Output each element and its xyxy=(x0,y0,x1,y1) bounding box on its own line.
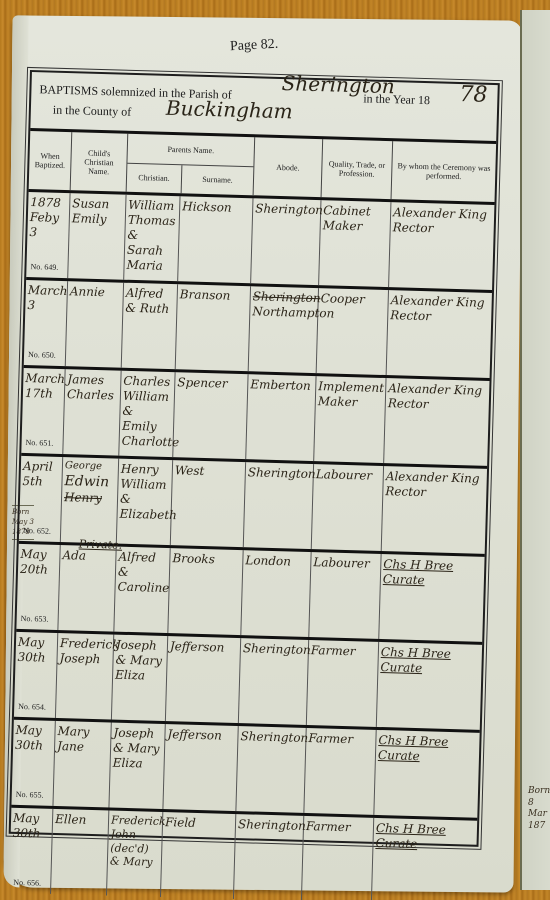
baptism-register-table: BAPTISMS solemnized in the Parish of She… xyxy=(9,70,500,847)
register-entry: Private. May 20thNo. 653. Ada Alfred & C… xyxy=(16,544,484,645)
entry-date: May 20thNo. 653. xyxy=(16,544,60,630)
entry-parents-christian: Frederick John (dec'd) & Mary xyxy=(107,811,163,897)
header-abode: Abode. xyxy=(254,137,324,197)
header-parents-surname: Surname. xyxy=(182,165,254,195)
entry-officiant: Alexander King Rector xyxy=(389,202,494,290)
entry-parents-christian: William Thomas & Sarah Maria xyxy=(124,195,180,281)
entry-profession: Farmer xyxy=(307,640,379,727)
entry-child-name: James Charles xyxy=(63,369,121,456)
entry-abode: Emberton xyxy=(246,374,316,461)
entry-parents-christian: Alfred & Ruth xyxy=(122,283,178,369)
register-entry: May 30thNo. 654. Frederick Joseph Joseph… xyxy=(14,632,482,733)
entry-abode-corrected: Northampton xyxy=(252,304,315,321)
entry-surname: Branson xyxy=(176,284,251,371)
entry-date: May 30thNo. 655. xyxy=(11,720,55,806)
entry-abode: Sherington xyxy=(236,726,306,813)
right-margin-note: Born 8 Mar 187 xyxy=(528,786,550,833)
entry-officiant: Alexander King Rector xyxy=(384,378,489,466)
entry-date: April 5thNo. 652. xyxy=(19,456,63,542)
entry-abode: Sherington xyxy=(244,462,314,549)
year-label: in the Year 18 xyxy=(363,91,430,108)
adjacent-page-edge xyxy=(520,10,550,890)
entry-number: No. 655. xyxy=(16,790,44,801)
entry-profession: Farmer xyxy=(302,816,374,900)
entry-date: March 3No. 650. xyxy=(24,280,68,366)
entry-officiant: Chs H Bree Curate xyxy=(377,642,482,730)
year-handwritten: 78 xyxy=(459,82,488,108)
entry-number: No. 651. xyxy=(25,438,53,449)
entry-parents-christian: Charles William & Emily Charlotte xyxy=(119,371,175,457)
entry-parents-christian: Alfred & Caroline xyxy=(114,547,170,633)
entry-child-name: Ellen xyxy=(51,809,109,896)
entry-officiant: Alexander King Rector xyxy=(382,466,487,554)
entry-officiant: Chs H Bree Curate xyxy=(372,818,477,900)
entry-officiant: Chs H Bree Curate xyxy=(374,730,479,818)
header-child-name: Child's Christian Name. xyxy=(71,132,129,192)
entry-officiant: Alexander King Rector xyxy=(387,290,492,378)
entry-number: No. 650. xyxy=(28,350,56,361)
entry-child-name: Mary Jane xyxy=(53,721,111,808)
entry-surname: Jefferson xyxy=(163,724,238,811)
county-handwritten: Buckingham xyxy=(166,96,293,124)
entry-abode: London xyxy=(241,550,311,637)
title-county-prefix: in the County of xyxy=(53,103,132,120)
entry-abode: Sherington xyxy=(239,638,309,725)
header-parents-christian: Christian. xyxy=(127,163,183,193)
entry-surname: Brooks xyxy=(168,548,243,635)
entry-child-name: Ada xyxy=(58,545,116,632)
entry-abode: Sherington Northampton xyxy=(249,286,319,373)
header-quality: Quality, Trade, or Profession. xyxy=(322,139,394,199)
entry-parents-christian: Joseph & Mary Eliza xyxy=(109,723,165,809)
entry-date: 1878 Feby 3No. 649. xyxy=(26,192,70,278)
header-when-baptized: When Baptized. xyxy=(29,131,73,190)
entry-officiant: Chs H Bree Curate xyxy=(379,554,484,642)
entry-profession: Cooper xyxy=(317,288,389,375)
entry-parents-christian: Joseph & Mary Eliza xyxy=(112,635,168,721)
register-entry: 1878 Feby 3No. 649. Susan Emily William … xyxy=(26,192,494,293)
entry-profession: Labourer xyxy=(312,464,384,551)
entry-profession: Farmer xyxy=(304,728,376,815)
entry-number: No. 656. xyxy=(13,878,41,889)
entry-abode: Sherington xyxy=(251,198,321,285)
entry-number: No. 652. xyxy=(23,526,51,537)
entry-surname: West xyxy=(171,460,246,547)
entry-number: No. 654. xyxy=(18,702,46,713)
entry-surname: Spencer xyxy=(173,372,248,459)
entry-profession: Implement Maker xyxy=(314,376,386,463)
entry-child-name: Frederick Joseph xyxy=(56,633,114,720)
register-entry: March 3No. 650. Annie Alfred & Ruth Bran… xyxy=(24,280,492,381)
entry-child-struck: Henry xyxy=(64,490,115,506)
header-parents-name: Parents Name. xyxy=(127,134,254,167)
entry-surname: Field xyxy=(161,812,236,899)
entry-surname: Hickson xyxy=(178,196,253,283)
entry-date: May 30thNo. 656. xyxy=(9,808,53,894)
entry-abode-struck: Sherington xyxy=(253,289,316,306)
entry-surname: Jefferson xyxy=(166,636,241,723)
entry-child-added: George xyxy=(65,460,116,474)
header-ceremony-by: By whom the Ceremony was performed. xyxy=(392,141,497,202)
register-entry: March 17thNo. 651. James Charles Charles… xyxy=(21,368,489,469)
entry-child-name: Annie xyxy=(66,281,124,368)
entry-abode: Sherington xyxy=(234,814,304,900)
entry-profession: Cabinet Maker xyxy=(319,200,391,287)
entry-date: May 30thNo. 654. xyxy=(14,632,58,718)
entry-number: No. 649. xyxy=(30,262,58,273)
entry-profession: Labourer xyxy=(309,552,381,639)
page-number: Page 82. xyxy=(230,37,279,56)
register-entry: May 30thNo. 656. Ellen Frederick John (d… xyxy=(9,808,477,900)
entry-date: March 17thNo. 651. xyxy=(21,368,65,454)
entry-parents-christian: Henry William & Elizabeth xyxy=(117,459,173,545)
entry-child-name: George Edwin Henry xyxy=(61,457,119,544)
entry-child-main: Edwin xyxy=(64,473,115,492)
register-entry: May 30thNo. 655. Mary Jane Joseph & Mary… xyxy=(11,720,479,821)
entry-child-name: Susan Emily xyxy=(68,193,126,280)
header-parents: Parents Name. Christian. Surname. xyxy=(127,134,256,196)
entry-number: No. 653. xyxy=(21,614,49,625)
